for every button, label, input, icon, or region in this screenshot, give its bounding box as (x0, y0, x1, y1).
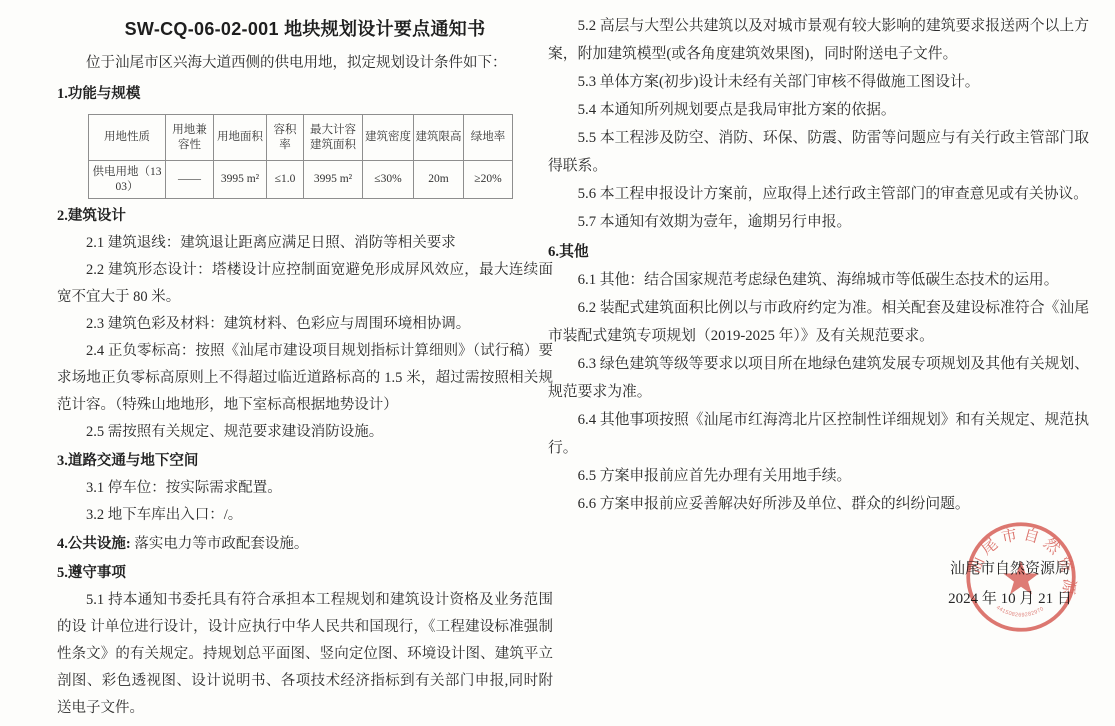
clause-5-4: 5.4 本通知所列规划要点是我局审批方案的依据。 (548, 96, 1089, 124)
table-header-cell: 用地性质 (89, 115, 166, 161)
table-header-cell: 建筑密度 (363, 115, 414, 161)
clause-5-1: 5.1 持本通知书委托具有符合承担本工程规划和建筑设计资格及业务范围的设 计单位… (57, 587, 553, 722)
right-column: 5.2 高层与大型公共建筑以及对城市景观有较大影响的建筑要求报送两个以上方案，附… (548, 12, 1089, 518)
clause-5-7: 5.7 本通知有效期为壹年，逾期另行申报。 (548, 208, 1089, 236)
clause-2-3: 2.3 建筑色彩及材料：建筑材料、色彩应与周围环境相协调。 (57, 311, 553, 338)
clause-2-2: 2.2 建筑形态设计：塔楼设计应控制面宽避免形成屏风效应，最大连续面宽不宜大于 … (57, 257, 553, 311)
section-6-heading: 6.其他 (548, 238, 1089, 266)
intro-paragraph: 位于汕尾市区兴海大道西侧的供电用地，拟定规划设计条件如下： (57, 50, 553, 77)
clause-6-6: 6.6 方案申报前应妥善解决好所涉及单位、群众的纠纷问题。 (548, 490, 1089, 518)
clause-2-4: 2.4 正负零标高：按照《汕尾市建设项目规划指标计算细则》（试行稿）要求场地正负… (57, 338, 553, 419)
table-header-cell: 最大计容建筑面积 (304, 115, 363, 161)
table-data-cell: ≤30% (363, 161, 414, 199)
signature-block: 汕尾市自然资源局 2024 年 10 月 21 日 (879, 554, 1115, 614)
table-row: 供电用地（1303） —— 3995 m² ≤1.0 3995 m² ≤30% … (89, 161, 513, 199)
section-4-heading: 4.公共设施: (57, 536, 131, 552)
clause-5-5: 5.5 本工程涉及防空、消防、环保、防震、防雷等问题应与有关行政主管部门取得联系… (548, 124, 1089, 180)
table-data-cell: 3995 m² (214, 161, 267, 199)
table-header-cell: 用地兼容性 (166, 115, 214, 161)
clause-3-2: 3.2 地下车库出入口：/。 (57, 502, 553, 529)
clause-6-2: 6.2 装配式建筑面积比例以与市政府约定为准。相关配套及建设标准符合《汕尾市装配… (548, 294, 1089, 350)
document-title: SW-CQ-06-02-001 地块规划设计要点通知书 (57, 14, 553, 44)
section-2-heading: 2.建筑设计 (57, 203, 553, 230)
clause-6-1: 6.1 其他：结合国家规范考虑绿色建筑、海绵城市等低碳生态技术的运用。 (548, 266, 1089, 294)
table-header-cell: 建筑限高 (414, 115, 464, 161)
clause-6-4: 6.4 其他事项按照《汕尾市红海湾北片区控制性详细规划》和有关规定、规范执行。 (548, 406, 1089, 462)
left-column: SW-CQ-06-02-001 地块规划设计要点通知书 位于汕尾市区兴海大道西侧… (57, 14, 553, 722)
clause-2-5: 2.5 需按照有关规定、规范要求建设消防设施。 (57, 419, 553, 446)
table-data-cell: —— (166, 161, 214, 199)
clause-6-5: 6.5 方案申报前应首先办理有关用地手续。 (548, 462, 1089, 490)
table-header-cell: 绿地率 (464, 115, 513, 161)
document-page: SW-CQ-06-02-001 地块规划设计要点通知书 位于汕尾市区兴海大道西侧… (0, 0, 1115, 726)
table-data-cell: 3995 m² (304, 161, 363, 199)
planning-indicators-table: 用地性质 用地兼容性 用地面积 容积率 最大计容建筑面积 建筑密度 建筑限高 绿… (88, 114, 513, 199)
table-data-cell: 供电用地（1303） (89, 161, 166, 199)
section-1-heading: 1.功能与规模 (57, 81, 553, 108)
section-5-heading: 5.遵守事项 (57, 560, 553, 587)
table-header-cell: 用地面积 (214, 115, 267, 161)
clause-3-1: 3.1 停车位：按实际需求配置。 (57, 475, 553, 502)
section-4-line: 4.公共设施: 落实电力等市政配套设施。 (57, 531, 553, 558)
signature-date: 2024 年 10 月 21 日 (879, 584, 1115, 614)
table-data-cell: ≤1.0 (267, 161, 304, 199)
section-4-text: 落实电力等市政配套设施。 (131, 536, 309, 552)
clause-6-3: 6.3 绿色建筑等级等要求以项目所在地绿色建筑发展专项规划及其他有关规划、规范要… (548, 350, 1089, 406)
clause-5-3: 5.3 单体方案(初步)设计未经有关部门审核不得做施工图设计。 (548, 68, 1089, 96)
table-data-cell: 20m (414, 161, 464, 199)
table-header-cell: 容积率 (267, 115, 304, 161)
clause-2-1: 2.1 建筑退线：建筑退让距离应满足日照、消防等相关要求 (57, 230, 553, 257)
clause-5-2: 5.2 高层与大型公共建筑以及对城市景观有较大影响的建筑要求报送两个以上方案，附… (548, 12, 1089, 68)
section-3-heading: 3.道路交通与地下空间 (57, 448, 553, 475)
signature-agency: 汕尾市自然资源局 (879, 554, 1115, 584)
clause-5-6: 5.6 本工程申报设计方案前，应取得上述行政主管部门的审查意见或有关协议。 (548, 180, 1089, 208)
table-data-cell: ≥20% (464, 161, 513, 199)
table-header-row: 用地性质 用地兼容性 用地面积 容积率 最大计容建筑面积 建筑密度 建筑限高 绿… (89, 115, 513, 161)
